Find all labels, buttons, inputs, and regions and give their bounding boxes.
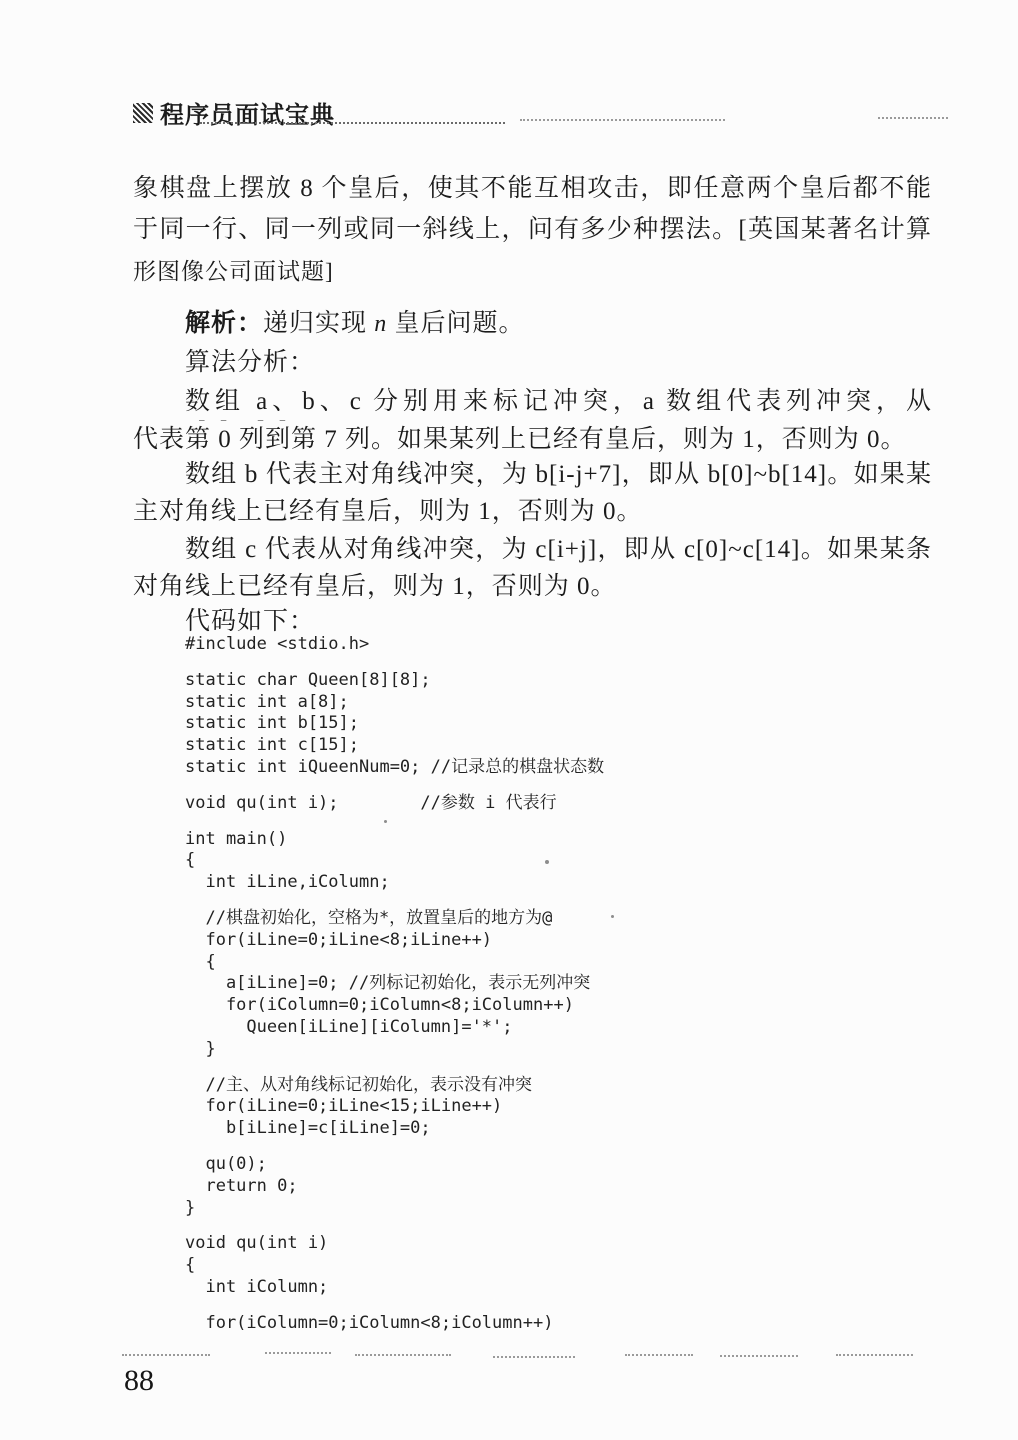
analysis-para-a-line: 数组 a、b、c 分别用来标记冲突，a 数组代表列冲突，从 a[0]~a[7]: [185, 381, 932, 421]
dotted-rule-footer: [720, 1355, 798, 1357]
code-line-blank: [185, 1061, 604, 1075]
dotted-rule-footer: [122, 1354, 210, 1356]
analysis-intro-pre: 递归实现: [263, 310, 374, 337]
code-line: static int c[15];: [185, 735, 604, 757]
code-line: for(iLine=0;iLine<8;iLine++): [185, 930, 604, 952]
code-line-blank: [185, 815, 604, 829]
problem-line: 象棋盘上摆放 8 个皇后，使其不能互相攻击，即任意两个皇后都不能处: [133, 168, 932, 208]
code-line: return 0;: [185, 1176, 604, 1198]
scan-speck: [611, 915, 614, 918]
dotted-rule-top-right: [878, 117, 948, 119]
code-line: }: [185, 1198, 604, 1220]
code-line: Queen[iLine][iColumn]='*';: [185, 1017, 604, 1039]
analysis-label: 解析：: [185, 310, 263, 337]
analysis-para-c-line: 对角线上已经有皇后，则为 1，否则为 0。: [133, 566, 932, 602]
analysis-intro-line: 解析：递归实现 n 皇后问题。: [185, 303, 932, 339]
dotted-rule-header: [200, 122, 505, 124]
code-line: {: [185, 1255, 604, 1277]
code-line: {: [185, 850, 604, 872]
code-line: b[iLine]=c[iLine]=0;: [185, 1118, 604, 1140]
code-line-blank: [185, 894, 604, 908]
analysis-para-b-line: 主对角线上已经有皇后，则为 1，否则为 0。: [133, 491, 932, 527]
dotted-rule-footer: [625, 1354, 693, 1356]
code-line-blank: [185, 1140, 604, 1154]
code-line: void qu(int i): [185, 1233, 604, 1255]
code-line: static int b[15];: [185, 713, 604, 735]
analysis-section-title: 算法分析：: [185, 342, 932, 378]
code-line: for(iLine=0;iLine<15;iLine++): [185, 1096, 604, 1118]
code-line: a[iLine]=0; //列标记初始化，表示无列冲突: [185, 973, 604, 995]
analysis-var-n: n: [374, 311, 387, 337]
dotted-rule-top-mid: [520, 119, 725, 121]
hatch-icon: [133, 103, 153, 123]
code-line-blank: [185, 779, 604, 793]
analysis-para-a-line: 代表第 0 列到第 7 列。如果某列上已经有皇后，则为 1，否则为 0。: [133, 419, 932, 455]
dotted-rule-footer: [355, 1354, 451, 1356]
code-line: }: [185, 1039, 604, 1061]
book-title: 程序员面试宝典: [160, 95, 335, 130]
code-line: static char Queen[8][8];: [185, 670, 604, 692]
code-line: int main(): [185, 829, 604, 851]
code-line-blank: [185, 656, 604, 670]
dotted-rule-footer: [836, 1354, 913, 1356]
code-line-blank: [185, 1299, 604, 1313]
problem-line: 形图像公司面试题]: [133, 253, 932, 286]
code-line: for(iColumn=0;iColumn<8;iColumn++): [185, 995, 604, 1017]
code-listing: #include <stdio.h> static char Queen[8][…: [185, 634, 604, 1335]
code-line: {: [185, 952, 604, 974]
code-intro-label: 代码如下：: [185, 601, 932, 637]
code-line: //棋盘初始化，空格为*，放置皇后的地方为@: [185, 908, 604, 930]
code-line: //主、从对角线标记初始化，表示没有冲突: [185, 1075, 604, 1097]
dotted-rule-footer: [493, 1356, 575, 1358]
page-number: 88: [124, 1364, 154, 1398]
analysis-para-c-line: 数组 c 代表从对角线冲突，为 c[i+j]，即从 c[0]~c[14]。如果某…: [185, 529, 932, 569]
analysis-para-b-line: 数组 b 代表主对角线冲突，为 b[i-j+7]，即从 b[0]~b[14]。如…: [185, 454, 932, 494]
problem-line: 于同一行、同一列或同一斜线上，问有多少种摆法。[英国某著名计算机图: [133, 209, 932, 249]
code-line: int iColumn;: [185, 1277, 604, 1299]
scanned-book-page: 程序员面试宝典 象棋盘上摆放 8 个皇后，使其不能互相攻击，即任意两个皇后都不能…: [0, 0, 1018, 1440]
code-line: void qu(int i); //参数 i 代表行: [185, 793, 604, 815]
scan-speck: [545, 860, 549, 864]
code-line: static int a[8];: [185, 692, 604, 714]
code-line: int iLine,iColumn;: [185, 872, 604, 894]
dotted-rule-footer: [265, 1352, 331, 1354]
scan-speck: [384, 820, 387, 823]
page-header: 程序员面试宝典: [133, 95, 335, 130]
code-line-blank: [185, 1219, 604, 1233]
code-line: qu(0);: [185, 1154, 604, 1176]
code-line: static int iQueenNum=0; //记录总的棋盘状态数: [185, 757, 604, 779]
code-line: for(iColumn=0;iColumn<8;iColumn++): [185, 1313, 604, 1335]
code-line: #include <stdio.h>: [185, 634, 604, 656]
analysis-intro-post: 皇后问题。: [387, 310, 524, 337]
